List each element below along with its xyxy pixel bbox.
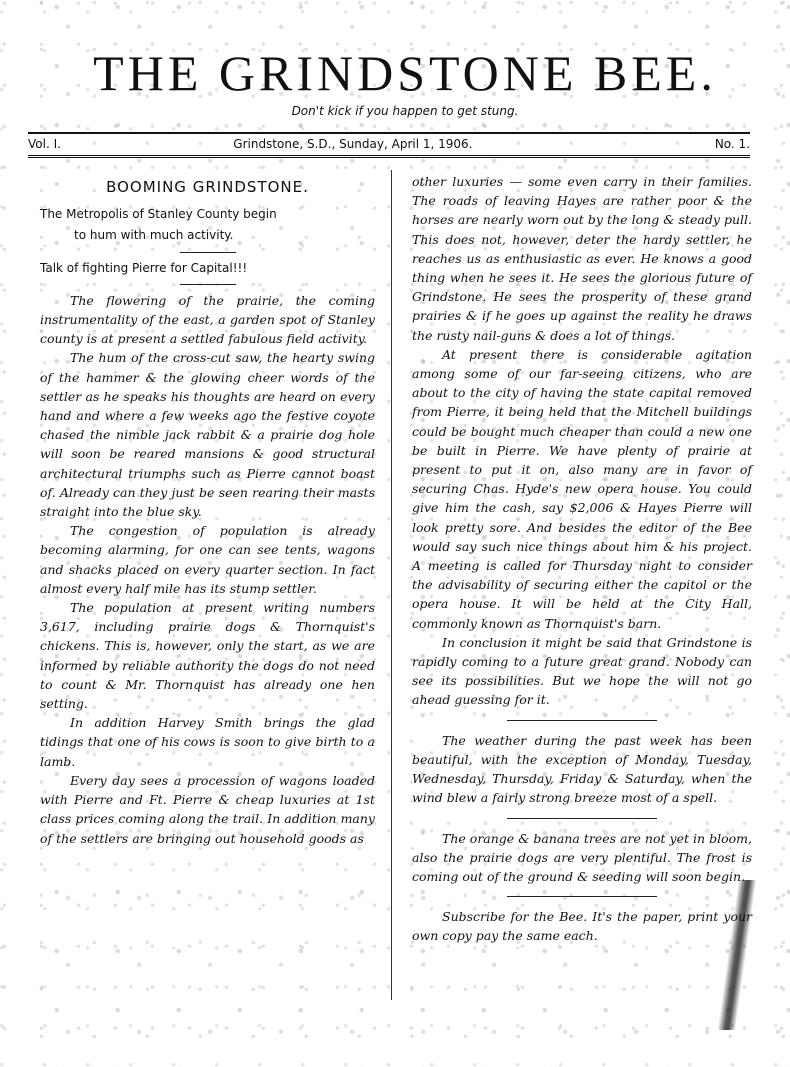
right-column: other luxuries — some even carry in thei…: [412, 172, 752, 946]
subscribe-notice: Subscribe for the Bee. It's the paper, p…: [412, 907, 752, 945]
article-paragraph: The hum of the cross-cut saw, the hearty…: [40, 348, 375, 521]
article-paragraph: In addition Harvey Smith brings the glad…: [40, 713, 375, 771]
article-paragraph: The congestion of population is already …: [40, 521, 375, 598]
divider-rule: [180, 252, 236, 253]
article-paragraph: The flowering of the prairie, the coming…: [40, 291, 375, 349]
article-paragraph: Every day sees a procession of wagons lo…: [40, 771, 375, 848]
orchard-item: The orange & banana trees are not yet in…: [412, 829, 752, 887]
article-paragraph: In conclusion it might be said that Grin…: [412, 633, 752, 710]
article-subhead-2: Talk of fighting Pierre for Capital!!!: [40, 259, 375, 278]
article-continuation: other luxuries — some even carry in thei…: [412, 172, 752, 345]
article-paragraph: At present there is considerable agitati…: [412, 345, 752, 633]
article-subhead: The Metropolis of Stanley County begin: [40, 205, 375, 224]
section-divider: [507, 896, 657, 897]
article-paragraph: The population at present writing number…: [40, 598, 375, 713]
article-headline: BOOMING GRINDSTONE.: [40, 178, 375, 197]
issue-number-label: No. 1.: [715, 137, 750, 151]
section-divider: [507, 818, 657, 819]
section-divider: [507, 720, 657, 721]
newspaper-motto: Don't kick if you happen to get stung.: [60, 104, 750, 118]
newspaper-title: THE GRINDSTONE BEE.: [60, 44, 750, 102]
divider-rule: [180, 284, 236, 285]
left-column: BOOMING GRINDSTONE. The Metropolis of St…: [40, 172, 375, 848]
place-date-label: Grindstone, S.D., Sunday, April 1, 1906.: [61, 137, 715, 151]
weather-item: The weather during the past week has bee…: [412, 731, 752, 808]
article-subhead-continued: to hum with much activity.: [40, 226, 375, 245]
volume-label: Vol. I.: [28, 137, 61, 151]
column-divider: [391, 170, 392, 1000]
dateline-bar: Vol. I. Grindstone, S.D., Sunday, April …: [28, 132, 750, 158]
masthead: THE GRINDSTONE BEE. Don't kick if you ha…: [60, 44, 750, 118]
